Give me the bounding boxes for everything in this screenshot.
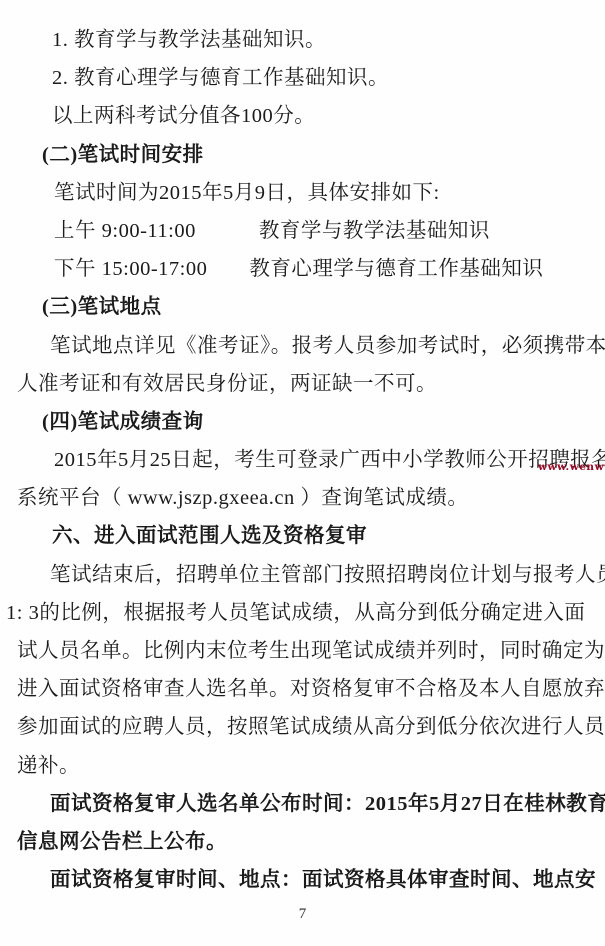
list-item-2: 2. 教育心理学与德育工作基础知识。 (0, 59, 597, 97)
paragraph-exam-time-intro: 笔试时间为2015年5月9日，具体安排如下: (0, 174, 597, 212)
paragraph-exam-place-line1: 笔试地点详见《准考证》。报考人员参加考试时，必须携带本 (0, 327, 597, 365)
paragraph-score-query-line1: 2015年5月25日起，考生可登录广西中小学教师公开招聘报名 (0, 441, 597, 479)
section-heading-exam-place: (三)笔试地点 (0, 288, 597, 326)
page-number: 7 (0, 906, 605, 923)
list-item-1: 1. 教育学与教学法基础知识。 (0, 21, 597, 59)
site-watermark: www.wenwu8.com (538, 461, 605, 473)
section-heading-score-query: (四)笔试成绩查询 (0, 403, 597, 441)
section-heading-interview: 六、进入面试范围人选及资格复审 (0, 517, 597, 555)
paragraph-review-publish-line1: 面试资格复审人选名单公布时间：2015年5月27日在桂林教育 (0, 785, 597, 823)
paragraph-review-publish-line2: 信息网公告栏上公布。 (0, 823, 597, 861)
paragraph-interview-line3: 试人员名单。比例内末位考生出现笔试成绩并列时，同时确定为 (0, 632, 597, 670)
paragraph-interview-line6: 递补。 (0, 747, 597, 785)
paragraph-review-time-place: 面试资格复审时间、地点：面试资格具体审查时间、地点安 (0, 861, 597, 899)
paragraph-interview-line2: 1: 3的比例，根据报考人员笔试成绩，从高分到低分确定进入面 (0, 594, 597, 632)
document-page: 1. 教育学与教学法基础知识。 2. 教育心理学与德育工作基础知识。 以上两科考… (0, 0, 605, 946)
paragraph-interview-line4: 进入面试资格审查人选名单。对资格复审不合格及本人自愿放弃 (0, 670, 597, 708)
section-heading-exam-time: (二)笔试时间安排 (0, 136, 597, 174)
paragraph-score-query-line2: 系统平台（ www.jszp.gxeea.cn ）查询笔试成绩。 (0, 479, 597, 517)
list-note: 以上两科考试分值各100分。 (0, 97, 597, 135)
paragraph-interview-line5: 参加面试的应聘人员，按照笔试成绩从高分到低分依次进行人员 (0, 708, 597, 746)
paragraph-exam-place-line2: 人准考证和有效居民身份证，两证缺一不可。 (0, 365, 597, 403)
schedule-row-afternoon: 下午 15:00-17:00 教育心理学与德育工作基础知识 (0, 250, 597, 288)
paragraph-interview-line1: 笔试结束后，招聘单位主管部门按照招聘岗位计划与报考人员 (0, 556, 597, 594)
document-body: 1. 教育学与教学法基础知识。 2. 教育心理学与德育工作基础知识。 以上两科考… (0, 21, 597, 899)
schedule-row-morning: 上午 9:00-11:00 教育学与教学法基础知识 (0, 212, 597, 250)
